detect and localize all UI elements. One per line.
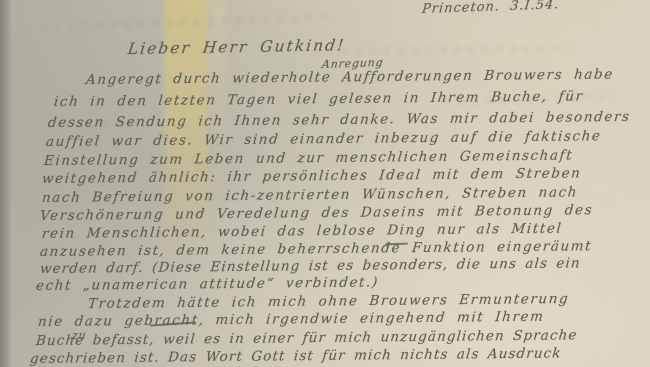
handwritten-line: nie dazu gebracht, mich irgendwie eingeh… bbox=[37, 309, 545, 330]
handwritten-line: ich in den letzten Tagen viel gelesen in… bbox=[53, 88, 584, 110]
letter-date: Princeton. 3.I.54. bbox=[421, 0, 560, 17]
photo-edge-shadow bbox=[0, 0, 12, 367]
handwritten-line: auffiel war dies. Wir sind einander inbe… bbox=[45, 128, 602, 150]
handwritten-line: dessen Sendung ich Ihnen sehr danke. Was… bbox=[47, 109, 631, 131]
handwritten-line: geschrieben ist. Das Wort Gott ist für m… bbox=[29, 345, 562, 367]
letter-salutation: Lieber Herr Gutkind! bbox=[127, 36, 347, 58]
handwritten-line: echt „unamerican attitude“ verbindet.) bbox=[35, 274, 379, 294]
handwritten-line: weitgehend ähnlich: ihr persönliches Ide… bbox=[41, 165, 582, 187]
letter-paper: Princeton. 3.I.54. Lieber Herr Gutkind! … bbox=[0, 0, 650, 367]
letter-photo: Princeton. 3.I.54. Lieber Herr Gutkind! … bbox=[0, 0, 650, 367]
